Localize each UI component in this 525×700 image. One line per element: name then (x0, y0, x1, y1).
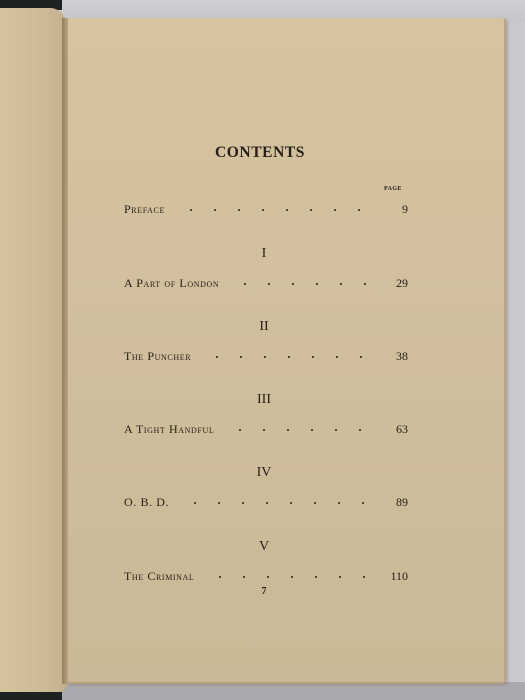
backdrop-bottom (0, 682, 525, 700)
dot-leader (202, 570, 382, 580)
dot-leader (227, 277, 382, 287)
toc-entry-title: O. B. D. (124, 495, 169, 510)
chapter-numeral: I (66, 246, 462, 262)
page-title: CONTENTS (66, 144, 454, 162)
book-gutter (62, 18, 68, 684)
toc-entry-preface: Preface 9 (124, 202, 408, 220)
toc-entry-title: The Puncher (124, 349, 191, 364)
toc-entry-title: Preface (124, 202, 165, 217)
chapter-numeral: II (66, 319, 462, 335)
page-number: 7 (66, 586, 462, 597)
dot-leader (199, 350, 382, 360)
toc-entry-chapter-2: The Puncher 38 (124, 349, 408, 367)
toc-entry-page: 89 (390, 495, 408, 510)
toc-entry-title: A Part of London (124, 276, 219, 291)
toc-entry-chapter-4: O. B. D. 89 (124, 495, 408, 513)
toc-entry-page: 9 (390, 202, 408, 217)
chapter-numeral: III (66, 392, 462, 408)
chapter-numeral: IV (66, 465, 462, 481)
toc-entry-chapter-1: A Part of London 29 (124, 276, 408, 294)
dot-leader (222, 423, 382, 433)
dot-leader (173, 203, 382, 213)
toc-entry-title: The Criminal (124, 569, 194, 584)
toc-entry-chapter-5: The Criminal 110 (124, 569, 408, 587)
toc-entry-chapter-3: A Tight Handful 63 (124, 422, 408, 440)
dot-leader (177, 496, 382, 506)
left-page (0, 8, 66, 692)
toc-entry-page: 110 (390, 569, 408, 584)
toc-entry-page: 29 (390, 276, 408, 291)
toc-entry-page: 38 (390, 349, 408, 364)
toc-entry-title: A Tight Handful (124, 422, 214, 437)
page-column-label: PAGE (384, 186, 402, 192)
chapter-numeral: V (66, 539, 462, 555)
toc-entry-page: 63 (390, 422, 408, 437)
